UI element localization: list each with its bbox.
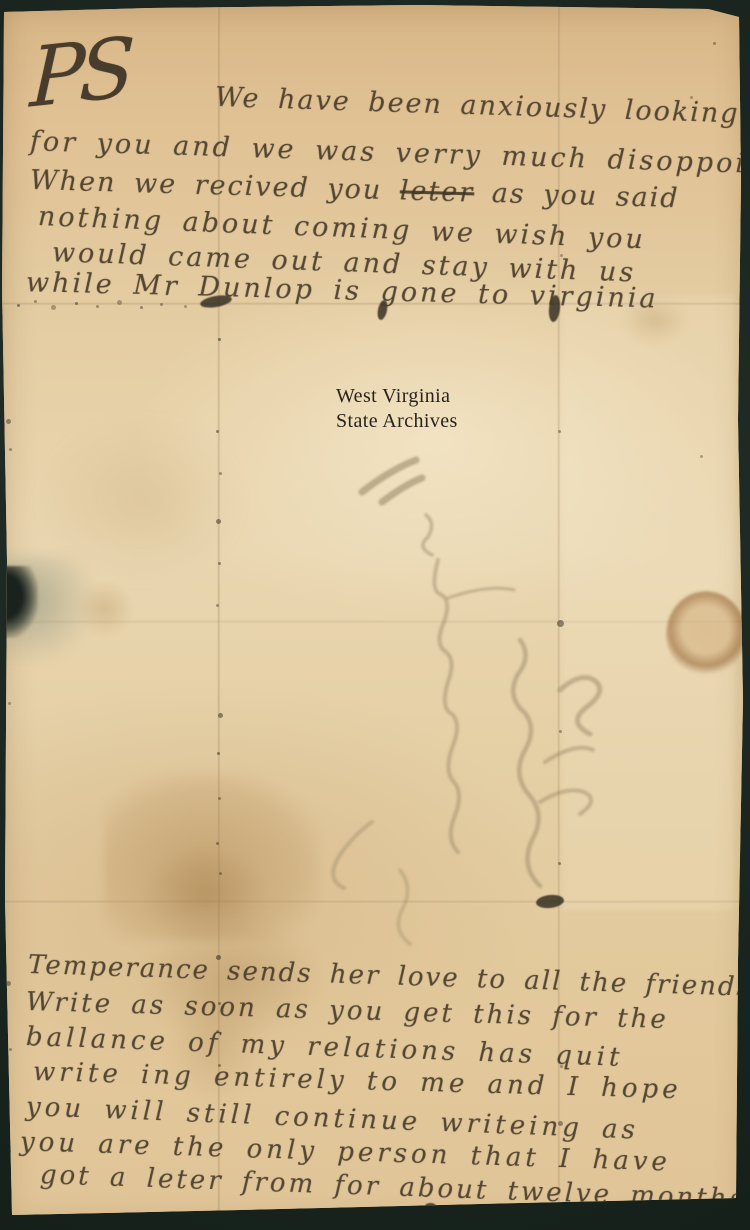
archive-watermark: West Virginia State Archives — [336, 384, 458, 434]
archive-scan-page: { "watermark": { "line1": "West Virginia… — [0, 0, 750, 1230]
handwriting-segment: as you said — [491, 178, 680, 214]
struck-through-word: leter — [399, 175, 474, 208]
watermark-line-1: West Virginia — [336, 384, 458, 409]
watermark-line-2: State Archives — [336, 409, 458, 434]
letter-page: PS We have been anxiously looking for yo… — [0, 0, 750, 1230]
postscript-monogram: PS — [29, 20, 131, 126]
fold-ink-specks — [0, 0, 3, 3]
